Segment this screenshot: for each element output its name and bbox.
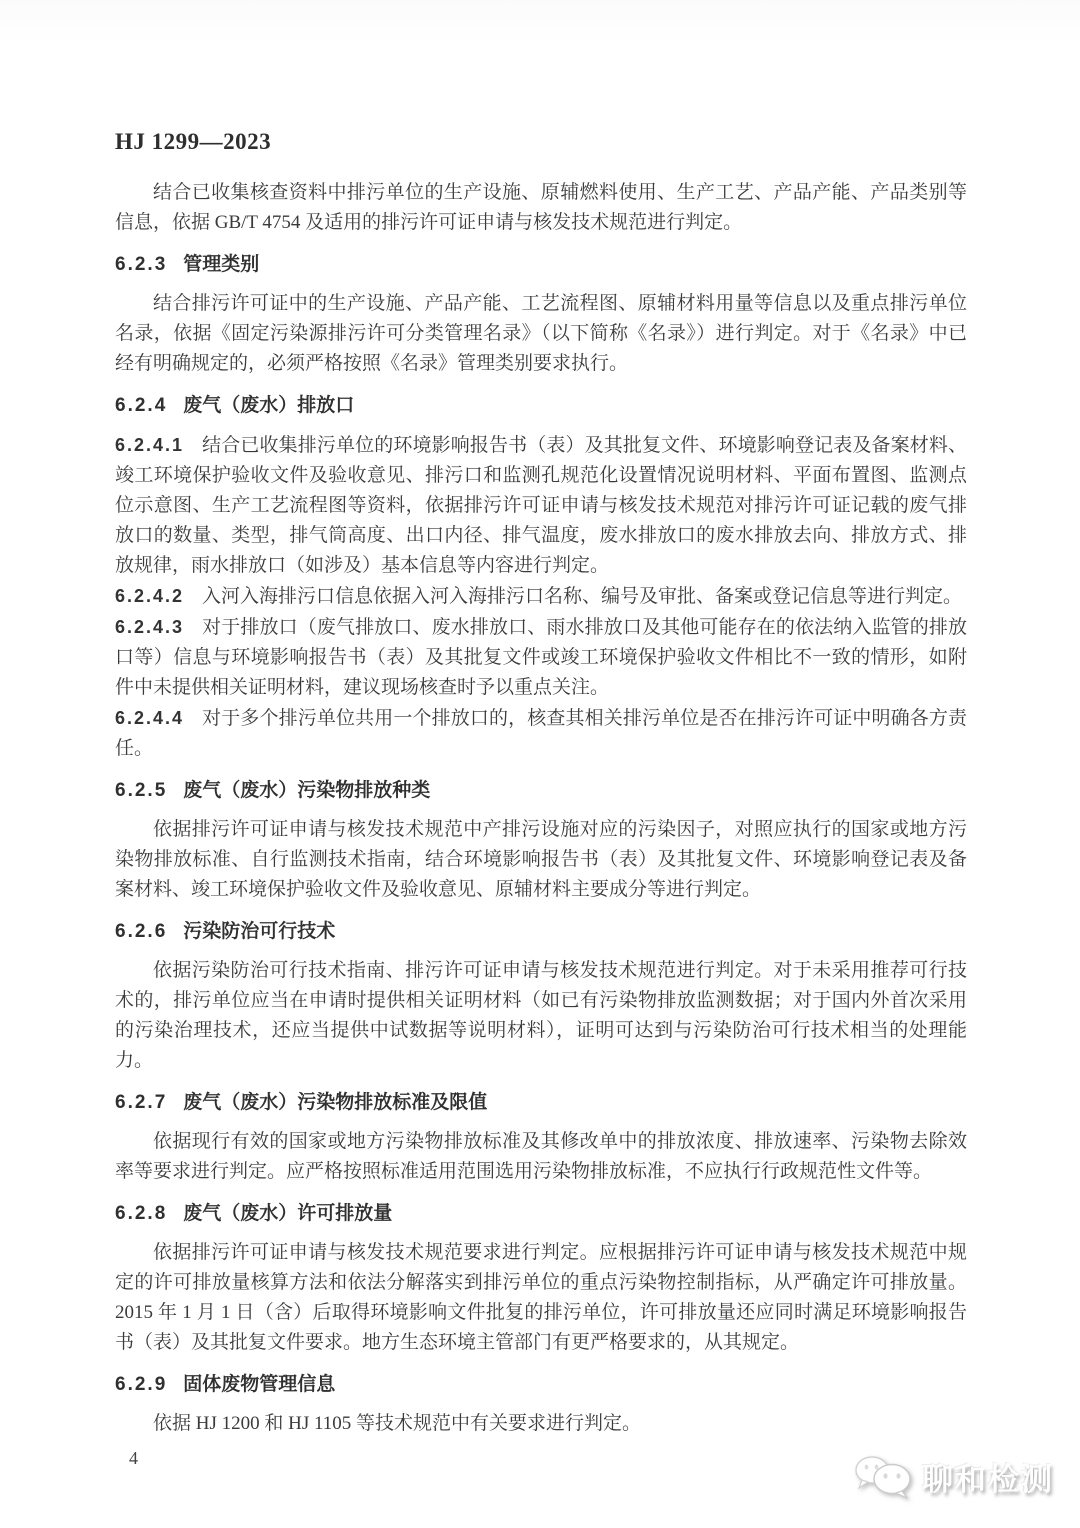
heading-number: 6.2.5 [115,780,167,801]
heading-title: 废气（废水）污染物排放种类 [183,780,430,801]
heading-number: 6.2.4 [115,395,167,416]
heading-title: 废气（废水）排放口 [183,395,354,416]
intro-paragraph: 结合已收集核查资料中排污单位的生产设施、原辅燃料使用、生产工艺、产品产能、产品类… [115,178,967,238]
clause-6-2-4-2: 6.2.4.2入河入海排污口信息依据入河入海排污口名称、编号及审批、备案或登记信… [115,581,967,612]
clause-number: 6.2.4.1 [115,435,184,455]
heading-number: 6.2.6 [115,921,167,942]
section-heading-6-2-3: 6.2.3管理类别 [115,253,967,277]
section-paragraph-6-2-3: 结合排污许可证中的生产设施、产品产能、工艺流程图、原辅材料用量等信息以及重点排污… [115,289,967,379]
heading-number: 6.2.7 [115,1092,167,1113]
heading-number: 6.2.9 [115,1374,167,1395]
heading-title: 废气（废水）许可排放量 [183,1203,392,1224]
clause-6-2-4-4: 6.2.4.4对于多个排污单位共用一个排放口的，核查其相关排污单位是否在排污许可… [115,703,967,764]
heading-number: 6.2.3 [115,254,167,275]
heading-title: 固体废物管理信息 [183,1374,335,1395]
section-paragraph-6-2-6: 依据污染防治可行技术指南、排污许可证申请与核发技术规范进行判定。对于未采用推荐可… [115,956,967,1076]
heading-title: 污染防治可行技术 [183,921,335,942]
clause-text: 结合已收集排污单位的环境影响报告书（表）及其批复文件、环境影响登记表及备案材料、… [115,435,967,576]
section-paragraph-6-2-7: 依据现行有效的国家或地方污染物排放标准及其修改单中的排放浓度、排放速率、污染物去… [115,1127,967,1187]
page-number: 4 [129,1446,967,1470]
standard-number-header: HJ 1299—2023 [115,130,967,154]
section-heading-6-2-6: 6.2.6污染防治可行技术 [115,920,967,944]
section-heading-6-2-9: 6.2.9固体废物管理信息 [115,1373,967,1397]
section-paragraph-6-2-9: 依据 HJ 1200 和 HJ 1105 等技术规范中有关要求进行判定。 [115,1409,967,1439]
chat-bubbles-icon [852,1452,914,1500]
heading-title: 废气（废水）污染物排放标准及限值 [183,1092,487,1113]
clause-number: 6.2.4.4 [115,708,184,728]
watermark-text: 聊和检测 [922,1454,1054,1499]
section-heading-6-2-8: 6.2.8废气（废水）许可排放量 [115,1202,967,1226]
clause-6-2-4-1: 6.2.4.1结合已收集排污单位的环境影响报告书（表）及其批复文件、环境影响登记… [115,430,967,581]
clause-number: 6.2.4.3 [115,617,184,637]
clause-number: 6.2.4.2 [115,586,184,606]
clause-6-2-4-3: 6.2.4.3对于排放口（废气排放口、废水排放口、雨水排放口及其他可能存在的依法… [115,612,967,703]
section-heading-6-2-5: 6.2.5废气（废水）污染物排放种类 [115,779,967,803]
heading-title: 管理类别 [183,254,259,275]
document-page: HJ 1299—2023 结合已收集核查资料中排污单位的生产设施、原辅燃料使用、… [0,0,1080,1470]
section-heading-6-2-4: 6.2.4废气（废水）排放口 [115,394,967,418]
heading-number: 6.2.8 [115,1203,167,1224]
section-paragraph-6-2-8: 依据排污许可证申请与核发技术规范要求进行判定。应根据排污许可证申请与核发技术规范… [115,1238,967,1358]
clause-text: 对于排放口（废气排放口、废水排放口、雨水排放口及其他可能存在的依法纳入监管的排放… [115,617,967,698]
clause-text: 入河入海排污口信息依据入河入海排污口名称、编号及审批、备案或登记信息等进行判定。 [202,586,962,607]
watermark: 聊和检测 [852,1452,1054,1500]
section-paragraph-6-2-5: 依据排污许可证申请与核发技术规范中产排污设施对应的污染因子，对照应执行的国家或地… [115,815,967,905]
section-heading-6-2-7: 6.2.7废气（废水）污染物排放标准及限值 [115,1091,967,1115]
clause-text: 对于多个排污单位共用一个排放口的，核查其相关排污单位是否在排污许可证中明确各方责… [115,708,967,759]
